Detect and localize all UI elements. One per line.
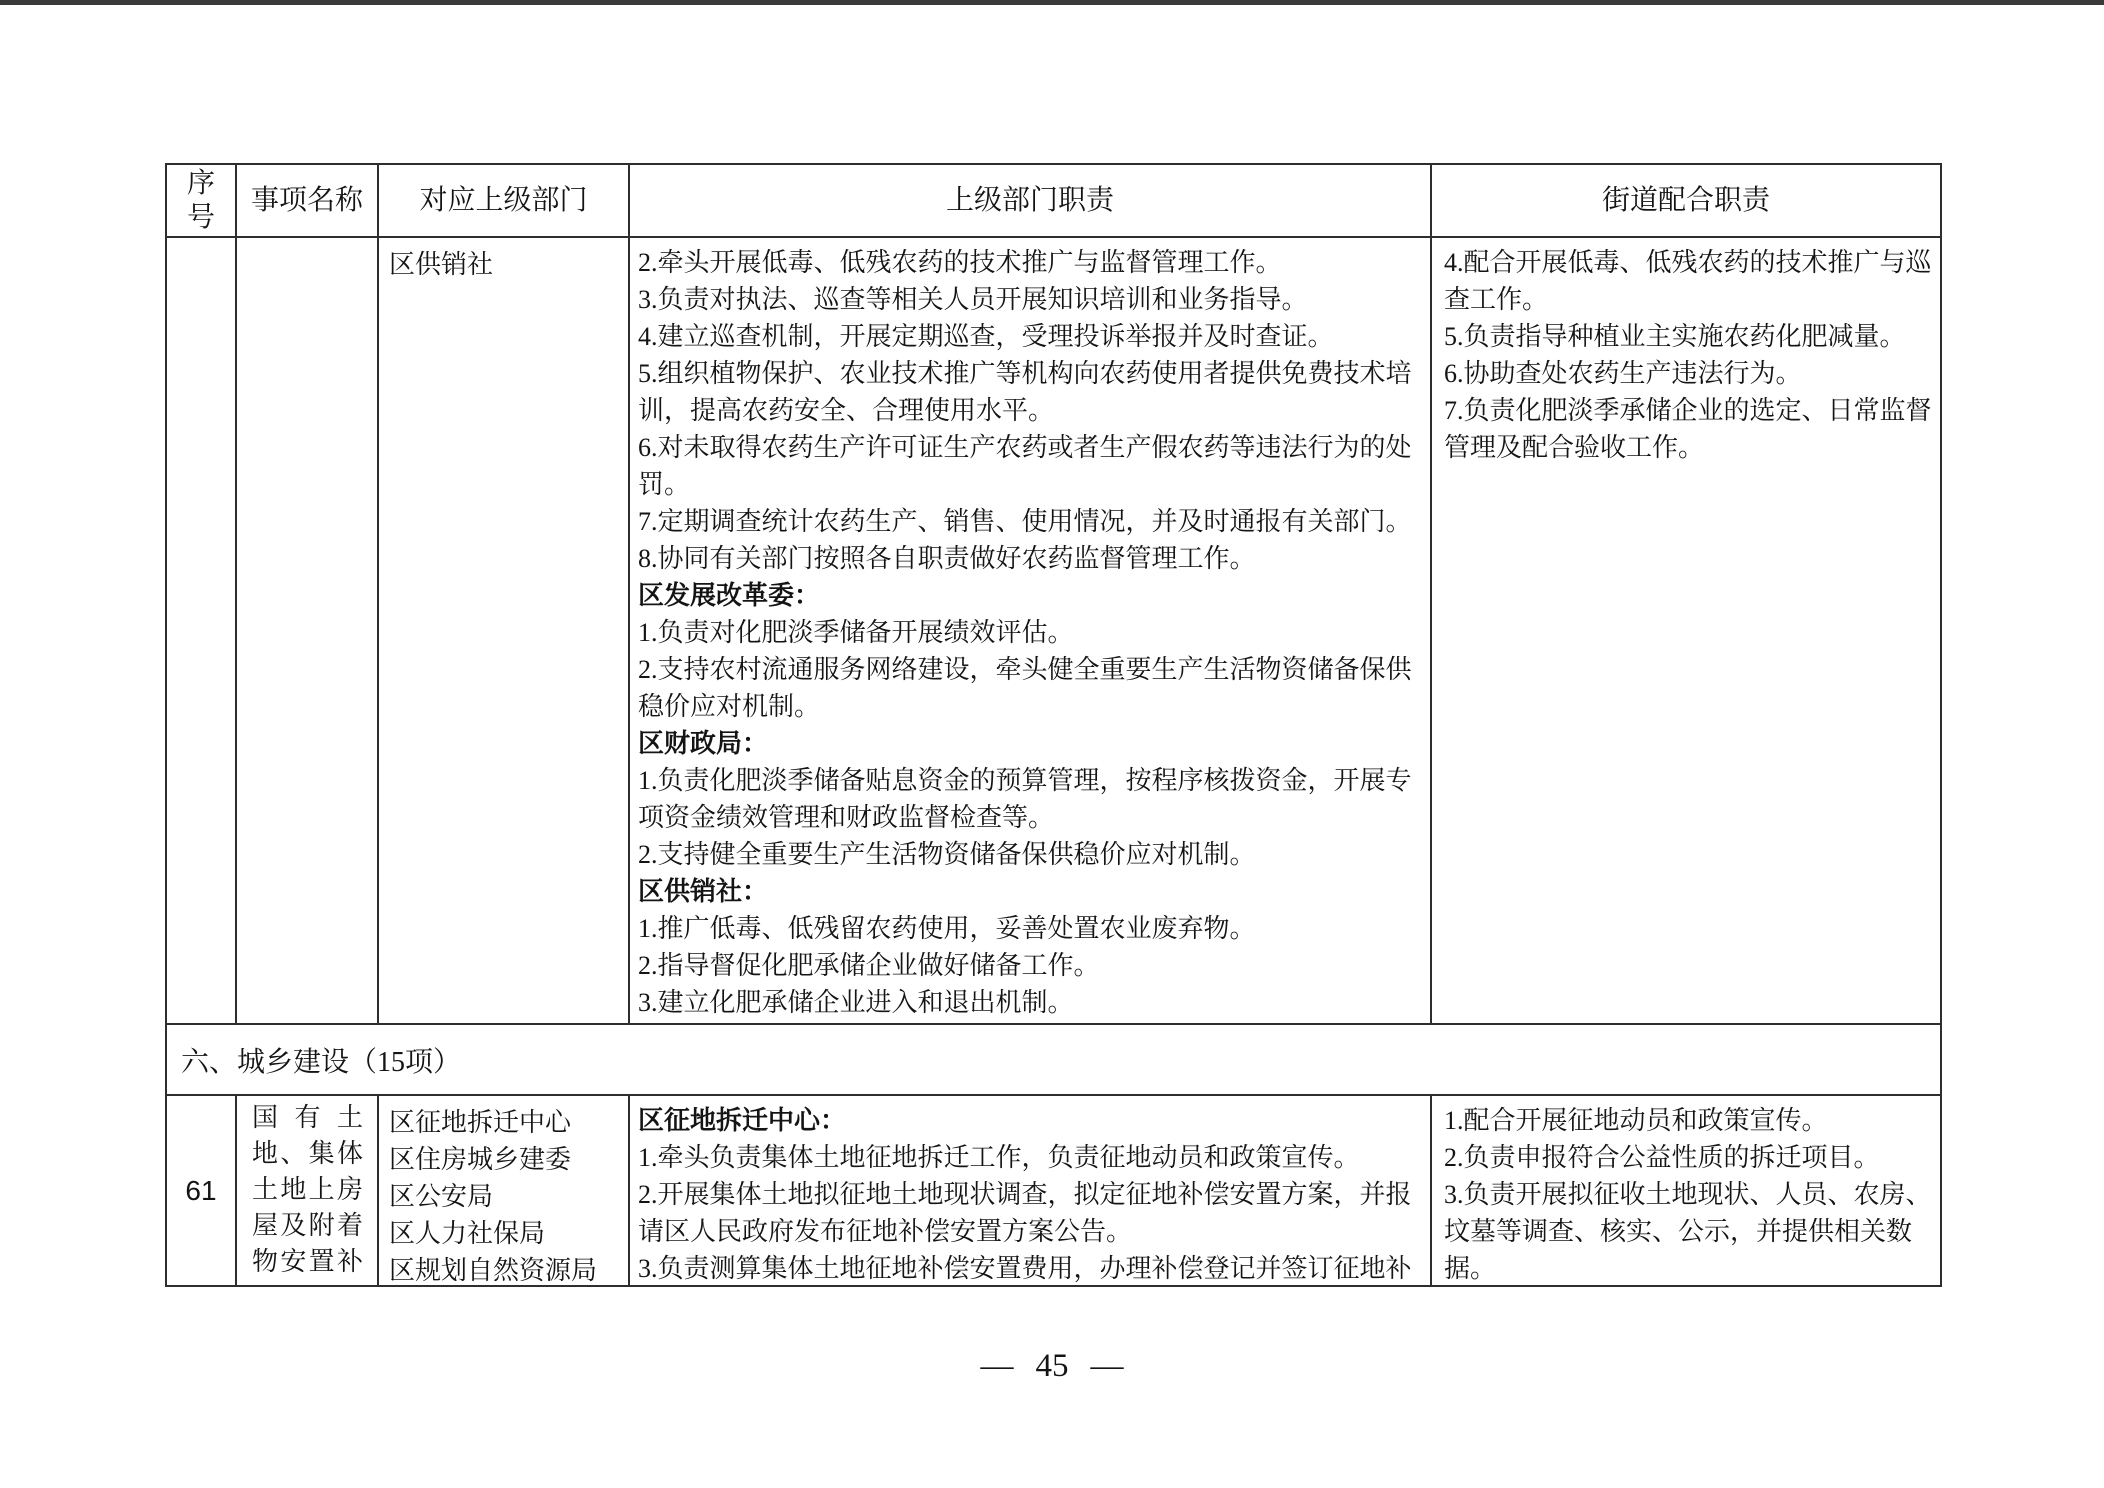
dept-name: 区规划自然资源局 xyxy=(389,1252,624,1285)
duty-item: 1.牵头负责集体土地征地拆迁工作，负责征地动员和政策宣传。 xyxy=(638,1139,1424,1176)
duty-item: 8.协同有关部门按照各自职责做好农药监督管理工作。 xyxy=(638,540,1424,577)
header-superior-dept: 对应上级部门 xyxy=(378,164,629,237)
header-superior-duties: 上级部门职责 xyxy=(629,164,1431,237)
table-row: 61 国有土 地、集体 土地上房 屋及附着 物安置补 区征地拆迁中心 区住房城乡… xyxy=(166,1095,1941,1286)
dept-name: 区供销社 xyxy=(389,246,624,283)
duty-item: 1.负责对化肥淡季储备开展绩效评估。 xyxy=(638,614,1424,651)
duty-item: 2.指导督促化肥承储企业做好储备工作。 xyxy=(638,947,1424,984)
duty-item: 3.负责测算集体土地征地补偿安置费用，办理补偿登记并签订征地补 xyxy=(638,1250,1424,1283)
header-seq: 序号 xyxy=(166,164,236,237)
duty-item: 2.开展集体土地拟征地土地现状调查，拟定征地补偿安置方案，并报请区人民政府发布征… xyxy=(638,1176,1424,1250)
row1-street-duties-cell: 4.配合开展低毒、低残农药的技术推广与巡查工作。 5.负责指导种植业主实施农药化… xyxy=(1431,237,1941,1024)
row61-item-name-cell: 国有土 地、集体 土地上房 屋及附着 物安置补 xyxy=(236,1095,378,1286)
duty-item: 5.负责指导种植业主实施农药化肥减量。 xyxy=(1444,318,1934,355)
row1-dept-cell: 区供销社 xyxy=(378,237,629,1024)
row61-seq-cell: 61 xyxy=(166,1095,236,1286)
row1-item-name-cell xyxy=(236,237,378,1024)
dept-name: 区公安局 xyxy=(389,1178,624,1215)
duty-item: 6.协助查处农药生产违法行为。 xyxy=(1444,355,1934,392)
duty-item: 3.负责对执法、巡查等相关人员开展知识培训和业务指导。 xyxy=(638,281,1424,318)
duty-item: 3.负责开展拟征收土地现状、人员、农房、坟墓等调查、核实、公示，并提供相关数据。 xyxy=(1444,1176,1934,1283)
duty-item: 4.建立巡查机制，开展定期巡查，受理投诉举报并及时查证。 xyxy=(638,318,1424,355)
dept-subheading: 区财政局： xyxy=(638,725,1424,762)
table-row: 区供销社 2.牵头开展低毒、低残农药的技术推广与监督管理工作。 3.负责对执法、… xyxy=(166,237,1941,1024)
section-title-cell: 六、城乡建设（15项） xyxy=(166,1024,1941,1095)
item-name-line: 地、集体 xyxy=(252,1136,363,1172)
dept-name: 区住房城乡建委 xyxy=(389,1141,624,1178)
header-seq-label: 序号 xyxy=(186,167,216,235)
duty-item: 2.支持健全重要生产生活物资储备保供稳价应对机制。 xyxy=(638,836,1424,873)
row61-street-duties-cell: 1.配合开展征地动员和政策宣传。 2.负责申报符合公益性质的拆迁项目。 3.负责… xyxy=(1431,1095,1941,1286)
item-name-line: 国有土 xyxy=(252,1100,363,1136)
duty-item: 2.负责申报符合公益性质的拆迁项目。 xyxy=(1444,1139,1934,1176)
section-title: 六、城乡建设（15项） xyxy=(181,1047,461,1078)
header-street-duties: 街道配合职责 xyxy=(1431,164,1941,237)
header-item-name: 事项名称 xyxy=(236,164,378,237)
duty-item: 5.组织植物保护、农业技术推广等机构向农药使用者提供免费技术培训，提高农药安全、… xyxy=(638,355,1424,429)
row1-seq-cell xyxy=(166,237,236,1024)
duty-item: 4.配合开展低毒、低残农药的技术推广与巡查工作。 xyxy=(1444,244,1934,318)
dept-name: 区征地拆迁中心 xyxy=(389,1104,624,1141)
row1-superior-duties-cell: 2.牵头开展低毒、低残农药的技术推广与监督管理工作。 3.负责对执法、巡查等相关… xyxy=(629,237,1431,1024)
dept-name: 区人力社保局 xyxy=(389,1215,624,1252)
duty-item: 1.负责化肥淡季储备贴息资金的预算管理，按程序核拨资金，开展专项资金绩效管理和财… xyxy=(638,762,1424,836)
duty-item: 1.推广低毒、低残留农药使用，妥善处置农业废弃物。 xyxy=(638,910,1424,947)
duty-item: 6.对未取得农药生产许可证生产农药或者生产假农药等违法行为的处罚。 xyxy=(638,429,1424,503)
item-name-line: 物安置补 xyxy=(252,1244,363,1280)
footer-left-dash: — xyxy=(981,1348,1014,1385)
dept-subheading: 区供销社： xyxy=(638,873,1424,910)
dept-subheading: 区征地拆迁中心： xyxy=(638,1102,1424,1139)
responsibility-table: 序号 事项名称 对应上级部门 上级部门职责 街道配合职责 区供销社 2.牵头开展… xyxy=(165,163,1942,1287)
duty-item: 3.建立化肥承储企业进入和退出机制。 xyxy=(638,984,1424,1021)
dept-subheading: 区发展改革委： xyxy=(638,577,1424,614)
duty-item: 7.负责化肥淡季承储企业的选定、日常监督管理及配合验收工作。 xyxy=(1444,392,1934,466)
duty-item: 2.牵头开展低毒、低残农药的技术推广与监督管理工作。 xyxy=(638,244,1424,281)
row-seq-number: 61 xyxy=(185,1175,216,1206)
item-name-line: 屋及附着 xyxy=(252,1208,363,1244)
page-number: 45 xyxy=(1036,1348,1069,1384)
item-name-line: 土地上房 xyxy=(252,1172,363,1208)
page-footer: —45— xyxy=(0,1348,2104,1385)
row61-dept-cell: 区征地拆迁中心 区住房城乡建委 区公安局 区人力社保局 区规划自然资源局 xyxy=(378,1095,629,1286)
footer-right-dash: — xyxy=(1091,1348,1124,1385)
duty-item: 7.定期调查统计农药生产、销售、使用情况，并及时通报有关部门。 xyxy=(638,503,1424,540)
window-top-edge xyxy=(0,0,2104,5)
duty-item: 1.配合开展征地动员和政策宣传。 xyxy=(1444,1102,1934,1139)
row61-superior-duties-cell: 区征地拆迁中心： 1.牵头负责集体土地征地拆迁工作，负责征地动员和政策宣传。 2… xyxy=(629,1095,1431,1286)
table-header-row: 序号 事项名称 对应上级部门 上级部门职责 街道配合职责 xyxy=(166,164,1941,237)
duty-item: 2.支持农村流通服务网络建设，牵头健全重要生产生活物资储备保供稳价应对机制。 xyxy=(638,651,1424,725)
section-header-row: 六、城乡建设（15项） xyxy=(166,1024,1941,1095)
